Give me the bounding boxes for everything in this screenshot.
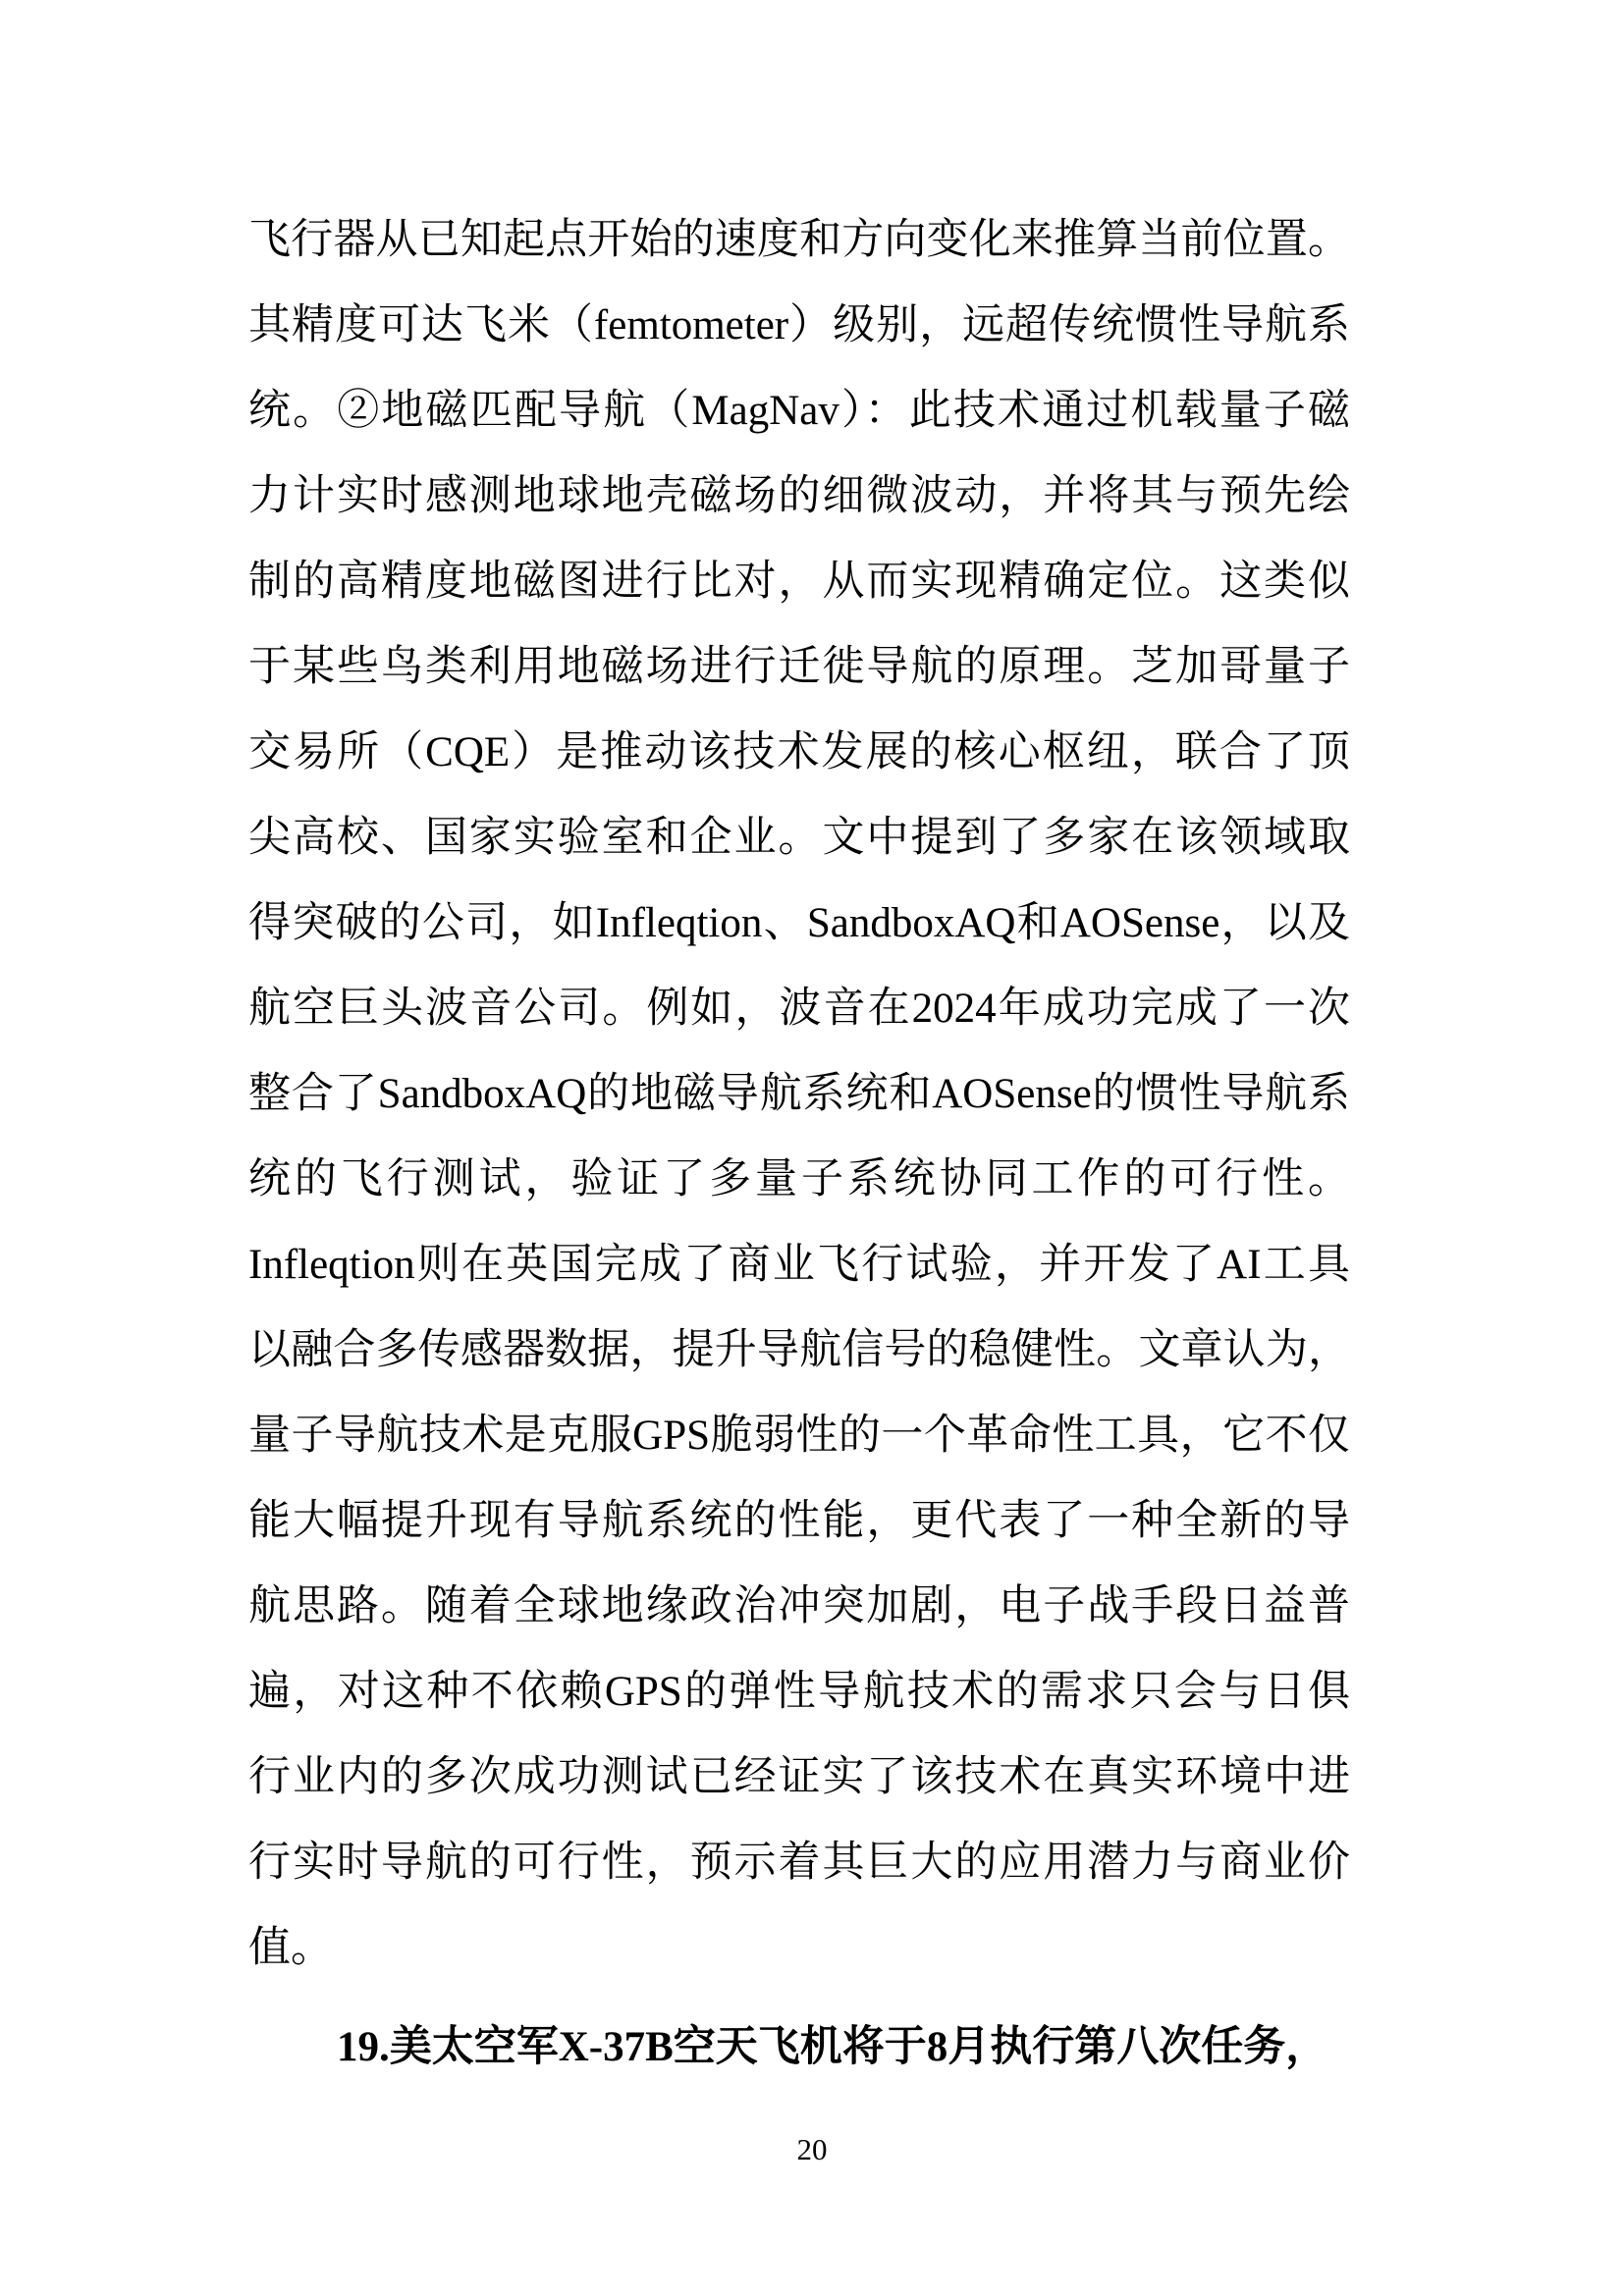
body-text-line: 得突破的公司，如Infleqtion、SandboxAQ和AOSense，以及 bbox=[248, 881, 1350, 966]
body-text-line: 飞行器从已知起点开始的速度和方向变化来推算当前位置。 bbox=[248, 197, 1350, 283]
document-page: 飞行器从已知起点开始的速度和方向变化来推算当前位置。 其精度可达飞米（femto… bbox=[0, 0, 1624, 2296]
body-text-line: 行业内的多次成功测试已经证实了该技术在真实环境中进 bbox=[248, 1735, 1350, 1820]
body-text-line: 尖高校、国家实验室和企业。文中提到了多家在该领域取 bbox=[248, 795, 1350, 881]
section-heading: 19.美太空军X-37B空天飞机将于8月执行第八次任务， bbox=[248, 2004, 1350, 2090]
body-text-line: 量子导航技术是克服GPS脆弱性的一个革命性工具，它不仅 bbox=[248, 1393, 1350, 1478]
body-text-line: 遍，对这种不依赖GPS的弹性导航技术的需求只会与日俱增。 bbox=[248, 1649, 1350, 1735]
body-text-line: 力计实时感测地球地壳磁场的细微波动，并将其与预先绘 bbox=[248, 454, 1350, 539]
body-text-line: 于某些鸟类利用地磁场进行迁徙导航的原理。芝加哥量子 bbox=[248, 624, 1350, 710]
body-text-line: Infleqtion则在英国完成了商业飞行试验，并开发了AI工具 bbox=[248, 1222, 1350, 1308]
body-text-line: 行实时导航的可行性，预示着其巨大的应用潜力与商业价 bbox=[248, 1820, 1350, 1905]
body-text-line: 航思路。随着全球地缘政治冲突加剧，电子战手段日益普 bbox=[248, 1564, 1350, 1649]
body-text-line: 以融合多传感器数据，提升导航信号的稳健性。文章认为， bbox=[248, 1308, 1350, 1393]
body-text-line: 航空巨头波音公司。例如，波音在2024年成功完成了一次 bbox=[248, 966, 1350, 1051]
body-text-line: 整合了SandboxAQ的地磁导航系统和AOSense的惯性导航系 bbox=[248, 1051, 1350, 1137]
body-text-line: 能大幅提升现有导航系统的性能，更代表了一种全新的导 bbox=[248, 1478, 1350, 1564]
page-number: 20 bbox=[0, 2130, 1624, 2169]
body-text-line: 值。 bbox=[248, 1905, 1350, 1991]
body-text-line: 统的飞行测试，验证了多量子系统协同工作的可行性。 bbox=[248, 1137, 1350, 1222]
body-text-line: 其精度可达飞米（femtometer）级别，远超传统惯性导航系 bbox=[248, 283, 1350, 368]
body-text-line: 统。②地磁匹配导航（MagNav）：此技术通过机载量子磁 bbox=[248, 368, 1350, 454]
body-text-line: 制的高精度地磁图进行比对，从而实现精确定位。这类似 bbox=[248, 539, 1350, 624]
paragraph-continuation: 飞行器从已知起点开始的速度和方向变化来推算当前位置。 其精度可达飞米（femto… bbox=[248, 197, 1350, 1991]
body-text-line: 交易所（CQE）是推动该技术发展的核心枢纽，联合了顶 bbox=[248, 710, 1350, 795]
